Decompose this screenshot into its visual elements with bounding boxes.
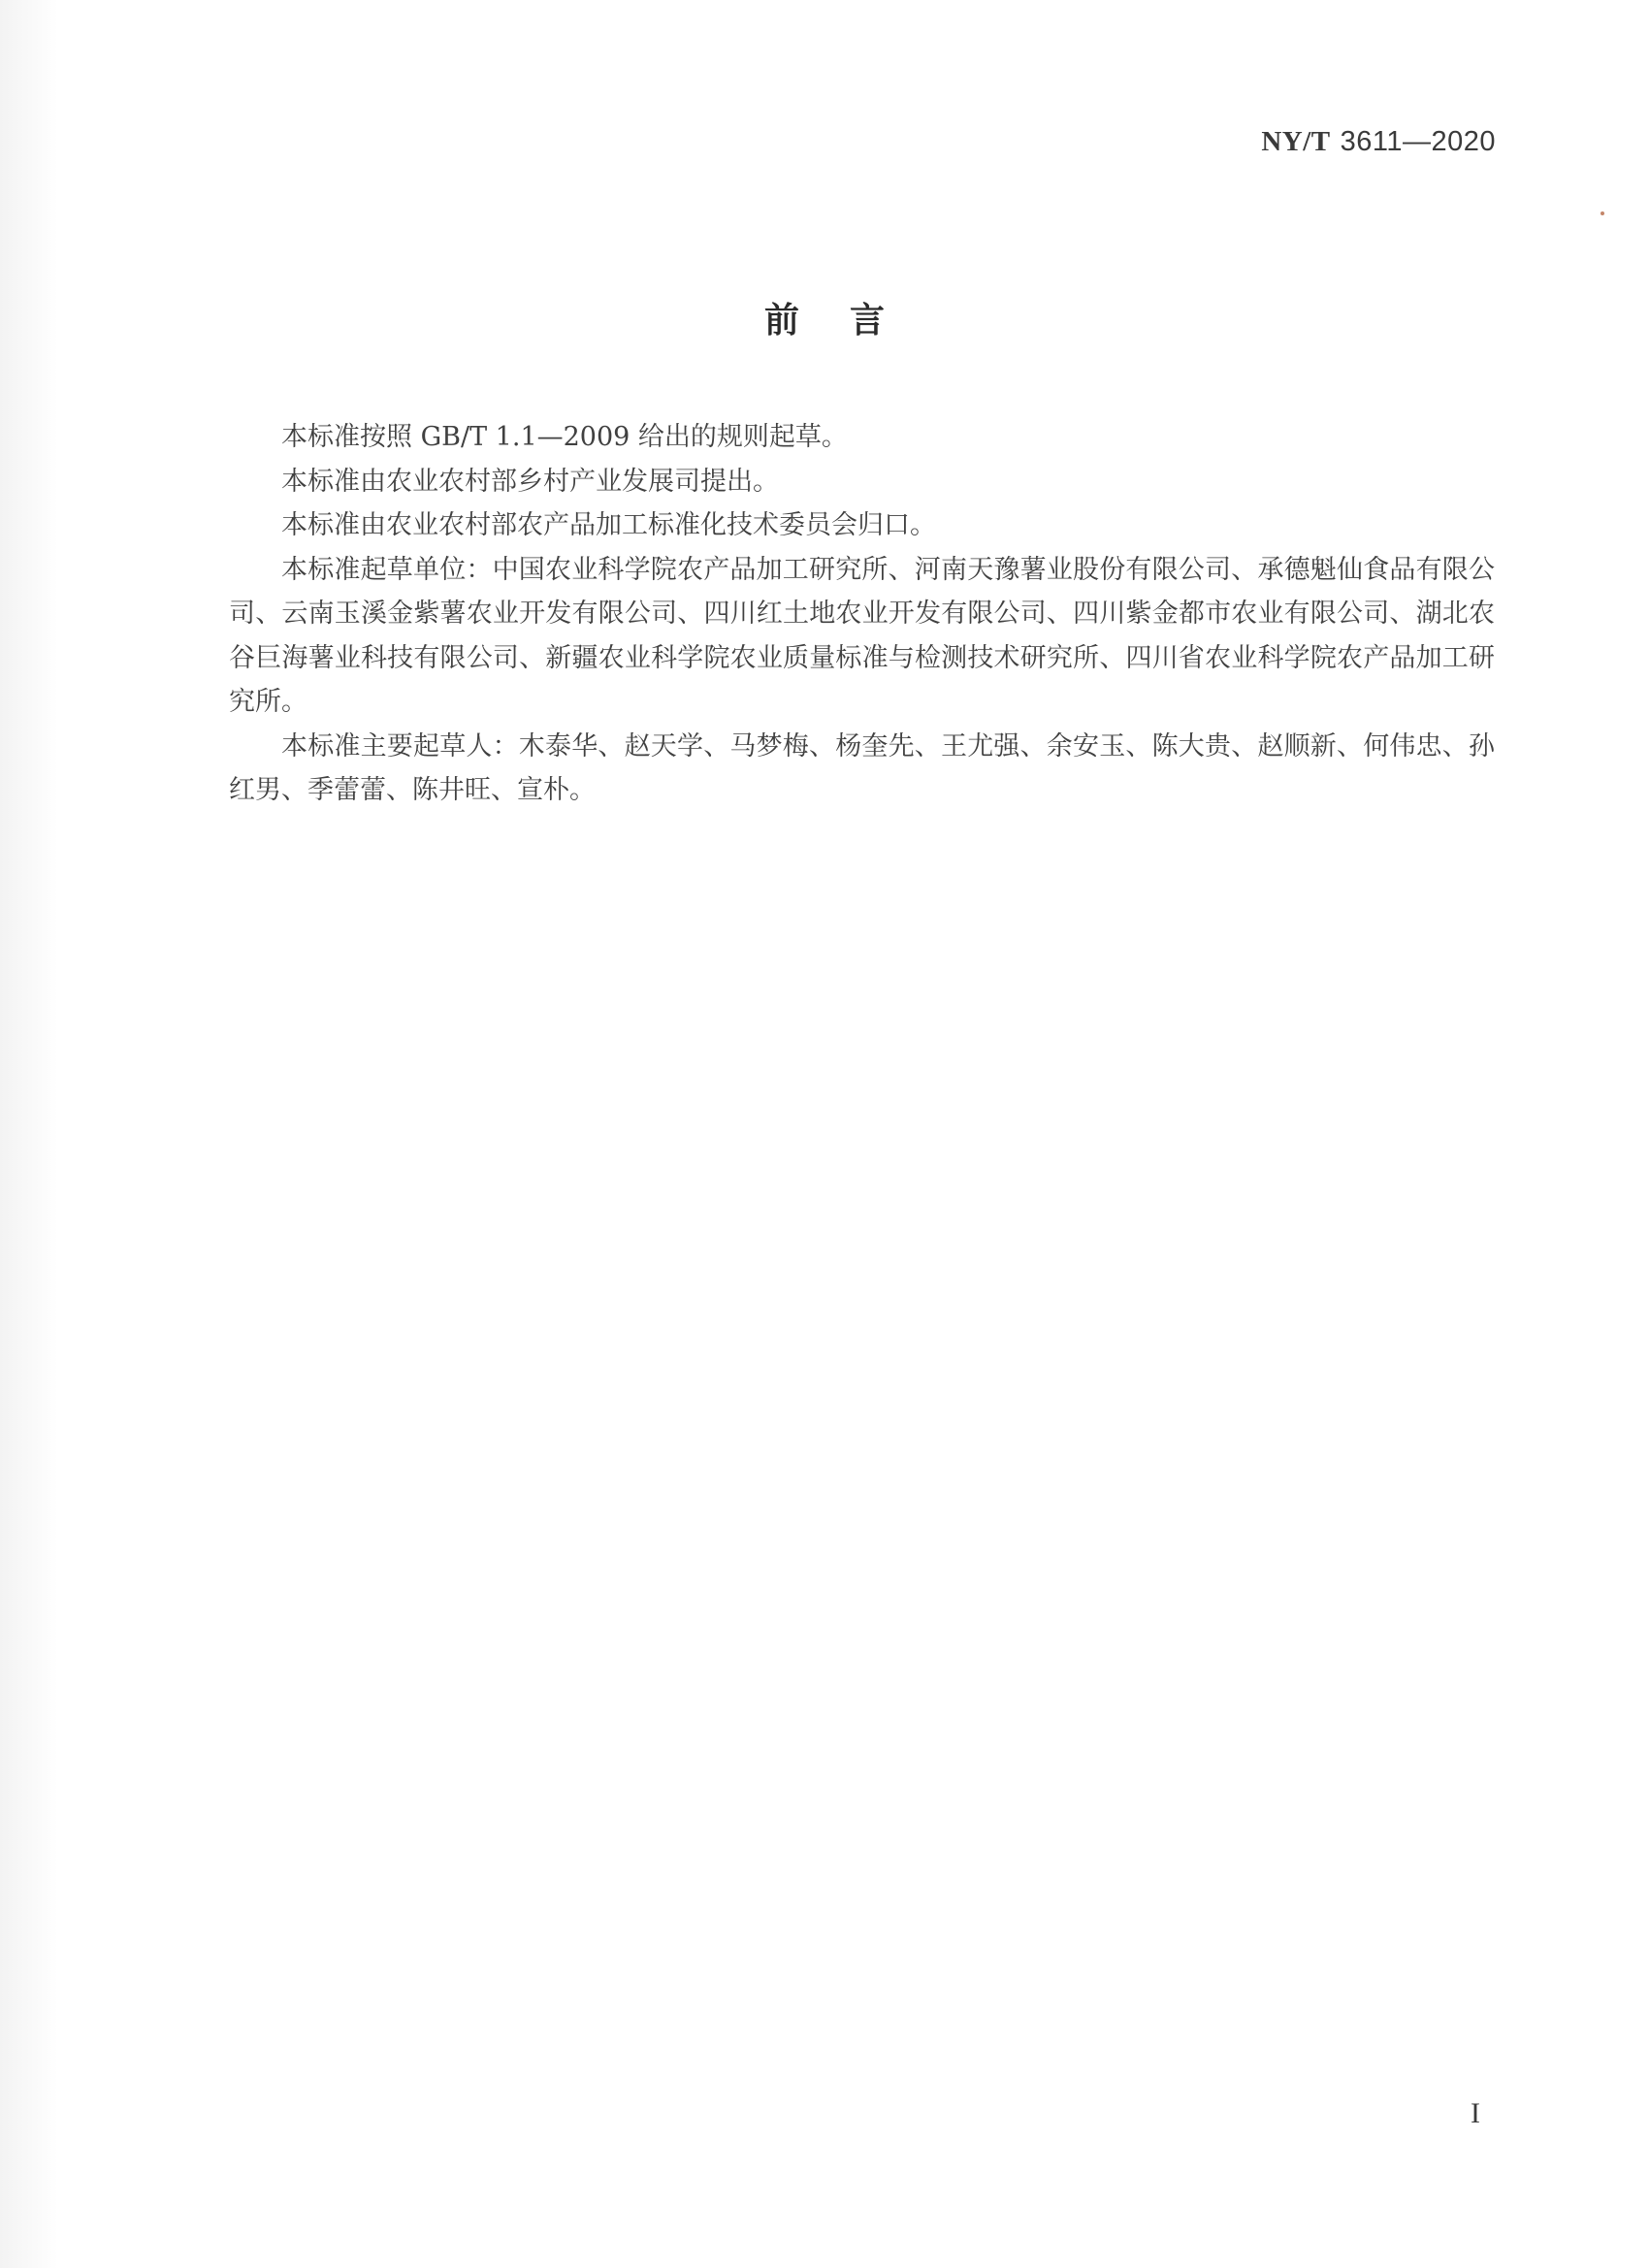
paragraph-centralized-unit: 本标准由农业农村部农产品加工标准化技术委员会归口。 xyxy=(229,503,1495,548)
foreword-body: 本标准按照 GB/T 1.1—2009 给出的规则起草。 本标准由农业农村部乡村… xyxy=(229,415,1495,813)
page-number: I xyxy=(1471,2097,1480,2130)
paragraph-proposer: 本标准由农业农村部乡村产业发展司提出。 xyxy=(229,460,1495,504)
page-title: 前言 xyxy=(0,293,1649,342)
paragraph-drafting-rules: 本标准按照 GB/T 1.1—2009 给出的规则起草。 xyxy=(229,415,1495,460)
scan-speck xyxy=(1600,211,1604,215)
standard-prefix: NY/T xyxy=(1261,126,1330,157)
standard-code: 3611—2020 xyxy=(1341,126,1496,157)
paragraph-drafting-units: 本标准起草单位：中国农业科学院农产品加工研究所、河南天豫薯业股份有限公司、承德魁… xyxy=(229,548,1495,725)
paragraph-main-drafters: 本标准主要起草人：木泰华、赵天学、马梦梅、杨奎先、王尤强、余安玉、陈大贵、赵顺新… xyxy=(229,725,1495,813)
standard-number: NY/T3611—2020 xyxy=(1261,124,1496,158)
